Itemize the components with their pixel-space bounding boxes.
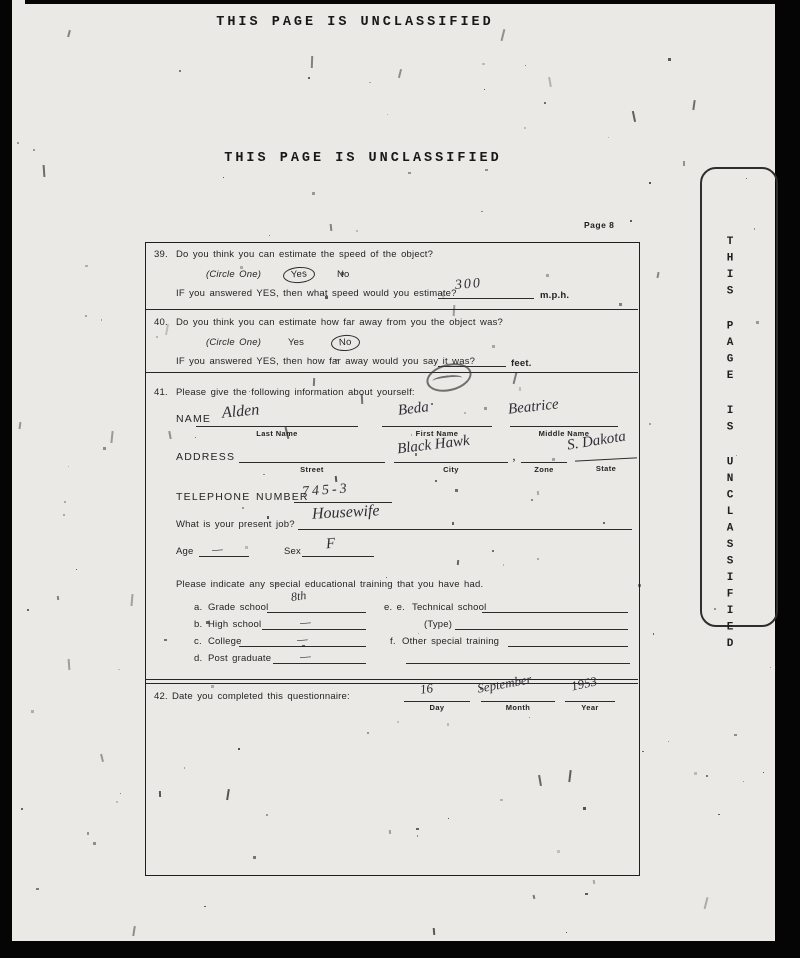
edu-c-letter: c. <box>194 636 202 647</box>
q40-option-no: No <box>330 334 360 352</box>
edu-d-handwritten: — <box>299 649 311 665</box>
q40-question: Do you think you can estimate how far aw… <box>176 317 503 328</box>
day-handwritten: 16 <box>419 680 434 698</box>
scan-edge-right <box>775 0 800 958</box>
q40-followup: IF you answered YES, then how far away w… <box>176 356 475 367</box>
edu-a-label: Grade school <box>208 602 268 613</box>
edu-e-label: Technical school <box>412 602 486 613</box>
middle-name-line <box>510 426 618 427</box>
edu-a-letter: a. <box>194 602 202 613</box>
job-handwritten: Housewife <box>312 502 380 524</box>
year-sublabel: Year <box>565 703 615 712</box>
edu-type-label: (Type) <box>424 619 452 630</box>
job-label: What is your present job? <box>176 519 295 530</box>
q42-number: 42. <box>154 691 168 702</box>
section-divider-2 <box>146 372 638 373</box>
sex-handwritten: F <box>325 536 336 554</box>
sex-line <box>302 556 374 557</box>
job-line <box>298 529 632 530</box>
q40-option-yes: Yes <box>288 337 304 348</box>
edu-f-extra-line <box>406 663 630 664</box>
edu-f-label: Other special training <box>402 636 499 647</box>
edu-f-line <box>508 646 628 647</box>
edu-b-label: High school <box>208 619 261 630</box>
q39-number: 39. <box>154 249 168 260</box>
edu-type-line <box>455 629 628 630</box>
edu-c-label: College <box>208 636 242 647</box>
edu-b-line <box>262 629 366 630</box>
page-number: Page 8 <box>584 220 614 230</box>
edu-d-label: Post graduate <box>208 653 271 664</box>
q40-unit: feet. <box>511 358 532 369</box>
phone-handwritten: 745-3 <box>302 481 351 500</box>
q39-answer-line <box>438 298 534 299</box>
day-sublabel: Day <box>404 703 470 712</box>
section-divider-3a <box>146 679 638 680</box>
scan-edge-left <box>0 0 12 958</box>
scan-edge-bottom <box>0 941 800 958</box>
street-line <box>239 462 385 463</box>
scan-edge-top <box>25 0 800 4</box>
q39-followup: IF you answered YES, then what speed wou… <box>176 288 457 299</box>
name-label: NAME <box>176 413 211 425</box>
edu-a-handwritten: 8th <box>290 588 307 605</box>
age-handwritten: — <box>211 542 223 558</box>
edu-d-line <box>273 663 366 664</box>
edu-f-letter: f. <box>390 636 396 647</box>
edu-d-letter: d. <box>194 653 202 664</box>
age-line <box>199 556 249 557</box>
q39-answer-handwritten: 300 <box>454 276 482 294</box>
first-name-line <box>382 426 492 427</box>
age-label: Age <box>176 546 194 557</box>
side-tab-outline <box>700 167 778 627</box>
section-divider-1 <box>146 309 638 310</box>
phone-label: TELEPHONE NUMBER <box>176 491 309 503</box>
month-sublabel: Month <box>481 703 555 712</box>
state-sublabel: State <box>575 464 637 473</box>
edu-e-line <box>482 612 628 613</box>
classification-banner-middle: THIS PAGE IS UNCLASSIFIED <box>0 151 726 166</box>
zone-line <box>521 462 567 463</box>
last-name-sublabel: Last Name <box>196 429 358 438</box>
zone-sublabel: Zone <box>521 465 567 474</box>
q40-circle-one: (Circle One) <box>206 337 261 348</box>
scanned-document-page: { "page": { "top_banner": "THIS PAGE IS … <box>0 0 800 958</box>
city-sublabel: City <box>394 465 508 474</box>
q41-number: 41. <box>154 387 168 398</box>
q39-circle-one: (Circle One) <box>206 269 261 280</box>
address-label: ADDRESS <box>176 451 235 463</box>
q42-question: Date you completed this questionnaire: <box>172 691 350 702</box>
side-classification-label: THIS PAGE IS UNCLASSIFIED <box>724 236 736 576</box>
last-name-handwritten: Alden <box>221 401 260 422</box>
city-line <box>394 462 508 463</box>
q39-unit: m.p.h. <box>540 290 569 301</box>
last-name-line <box>196 426 358 427</box>
edu-b-letter: b. <box>194 619 202 630</box>
classification-banner-top: THIS PAGE IS UNCLASSIFIED <box>0 15 710 30</box>
q39-question: Do you think you can estimate the speed … <box>176 249 433 260</box>
section-divider-3b <box>146 683 638 684</box>
edu-a-line <box>267 612 366 613</box>
education-intro: Please indicate any special educational … <box>176 579 483 590</box>
sex-label: Sex <box>284 546 301 557</box>
street-sublabel: Street <box>239 465 385 474</box>
q39-option-yes: Yes <box>282 266 315 284</box>
q41-question: Please give the following information ab… <box>176 387 415 398</box>
edu-b-handwritten: — <box>299 615 311 631</box>
edu-e-letter: e. e. <box>384 602 405 613</box>
